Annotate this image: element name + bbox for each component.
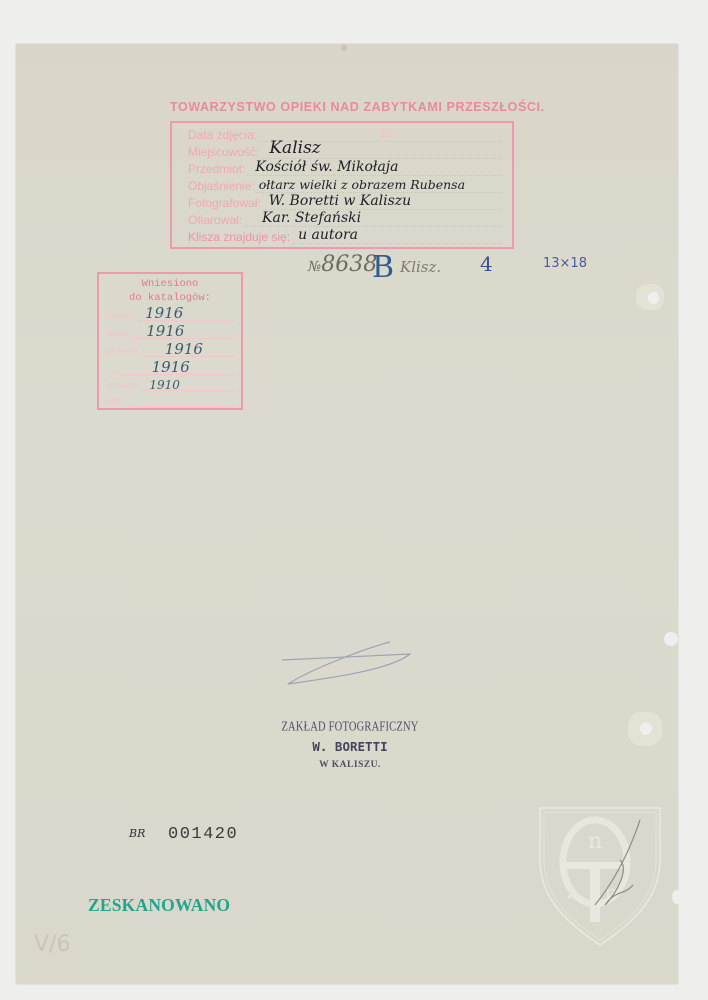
- handwritten-plate: u autora: [298, 227, 358, 243]
- stamp-row-description: Objaśnienie: ołtarz wielki z obrazem Rub…: [188, 176, 502, 193]
- scanned-stamp: ZESKANOWANO: [88, 895, 230, 916]
- handwritten-donor: Kar. Stefański: [262, 210, 361, 226]
- inventory-number-value: 8638: [321, 252, 377, 277]
- catalog-row: przedst. 1916: [107, 342, 233, 357]
- photographer-name: W. BORETTI: [280, 739, 420, 754]
- catalog-row: .... 1916: [107, 360, 233, 375]
- pencil-note: V/6: [34, 932, 70, 957]
- catalog-stamp: Wniesiono do katalogów: inwent. 1916 alf…: [97, 272, 243, 410]
- stamp-row-object: Przedmiot: Kościół św. Mikołaja: [188, 159, 502, 176]
- svg-text:n: n: [588, 829, 602, 854]
- society-stamp-box: Data zdjęcia: 19 Miejscowość: Kalisz Prz…: [170, 121, 514, 249]
- stamp-row-plate: Klisza znajduje się: u autora: [188, 227, 502, 244]
- plate-size-note: 13×18: [543, 256, 587, 271]
- embossed-shield-icon: n z p: [535, 800, 665, 950]
- handwritten-object: Kościół św. Mikołaja: [255, 159, 398, 175]
- inventory-letter: B: [372, 250, 394, 285]
- stamp-row-place: Miejscowość: Kalisz: [188, 142, 502, 159]
- stamp-label: Data zdjęcia:: [188, 128, 259, 142]
- punch-hole: [648, 292, 659, 304]
- stamp-row-photographer: Fotografował: W. Boretti w Kaliszu: [188, 193, 502, 210]
- handwritten-description: ołtarz wielki z obrazem Rubensa: [259, 177, 465, 192]
- handwritten-photographer: W. Boretti w Kaliszu: [269, 193, 412, 209]
- punch-hole: [672, 890, 682, 904]
- number-sign: №: [308, 259, 321, 275]
- catalog-stamp-title-1: Wniesiono: [99, 278, 241, 290]
- catalog-row: przedm. 1910: [107, 376, 233, 391]
- catalog-row: inwent. 1916: [107, 306, 233, 321]
- catalog-row: alfab. 1916: [107, 324, 233, 339]
- punch-hole: [664, 632, 678, 646]
- inventory-number: №8638: [308, 252, 377, 277]
- br-label: BR: [129, 827, 145, 840]
- punch-hole: [640, 722, 652, 735]
- handwritten-place: Kalisz: [269, 138, 320, 158]
- studio-city: W KALISZU.: [280, 760, 420, 770]
- catalog-row: klisz.: [107, 392, 233, 407]
- pencil-scribble: [270, 640, 430, 690]
- year-prefix: 19: [380, 128, 392, 140]
- br-number: 001420: [168, 825, 238, 844]
- catalog-stamp-title-2: do katalogów:: [99, 292, 241, 304]
- studio-name: ZAKŁAD FOTOGRAFICZNY: [280, 720, 420, 734]
- stamp-row-date: Data zdjęcia: 19: [188, 125, 502, 142]
- svg-text:z: z: [567, 882, 576, 903]
- society-stamp-title: TOWARZYSTWO OPIEKI NAD ZABYTKAMI PRZESZŁ…: [170, 100, 540, 114]
- blue-pencil-mark: 4: [480, 252, 493, 276]
- stamp-row-donor: Ofiarował: Kar. Stefański: [188, 210, 502, 227]
- photographer-stamp: ZAKŁAD FOTOGRAFICZNY W. BORETTI W KALISZ…: [280, 722, 420, 770]
- top-punch-mark: [341, 44, 347, 51]
- inventory-suffix: Klisz.: [400, 258, 441, 276]
